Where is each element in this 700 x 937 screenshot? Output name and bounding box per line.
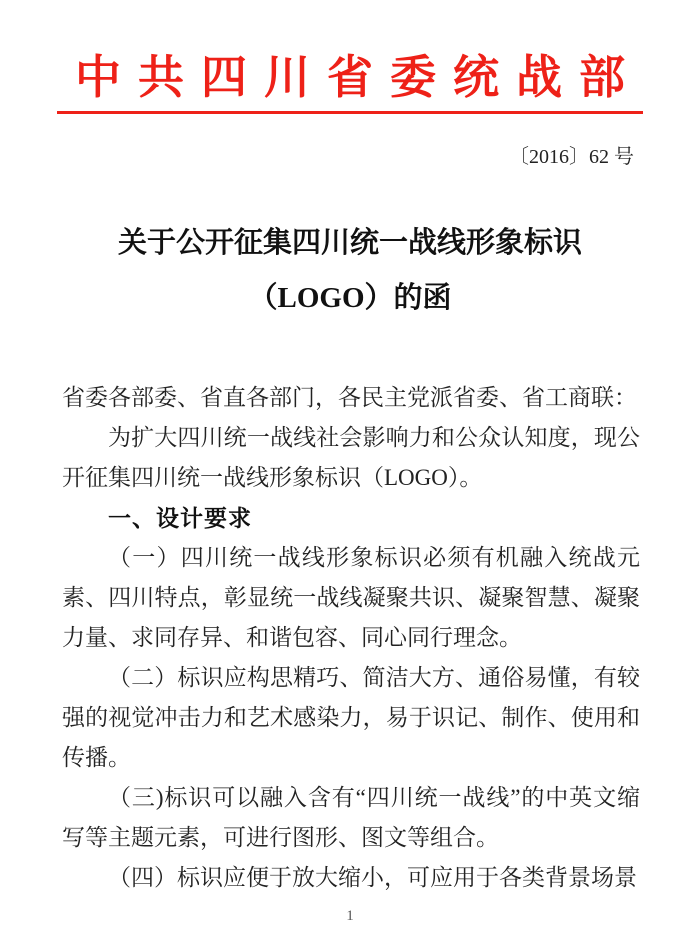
document-number: 〔2016〕62 号: [0, 144, 700, 170]
requirement-item-1: （一）四川统一战线形象标识必须有机融入统战元素、四川特点，彰显统一战线凝聚共识、…: [62, 538, 640, 658]
letterhead-divider: [57, 111, 643, 114]
requirement-item-4: （四）标识应便于放大缩小，可应用于各类背景场景: [62, 858, 640, 898]
agency-name: 中共四川省委统战部: [0, 50, 700, 106]
requirement-item-3: （三)标识可以融入含有“四川统一战线”的中英文缩写等主题元素，可进行图形、图文等…: [62, 778, 640, 858]
document-title: 关于公开征集四川统一战线形象标识 （LOGO）的函: [0, 216, 700, 326]
page-number: 1: [0, 908, 700, 925]
salutation: 省委各部委、省直各部门，各民主党派省委、省工商联：: [62, 378, 640, 418]
letterhead: 中共四川省委统战部: [0, 0, 700, 114]
official-document-page: 中共四川省委统战部 〔2016〕62 号 关于公开征集四川统一战线形象标识 （L…: [0, 0, 700, 937]
document-body: 省委各部委、省直各部门，各民主党派省委、省工商联： 为扩大四川统一战线社会影响力…: [62, 378, 640, 898]
document-title-line2: （LOGO）的函: [0, 271, 700, 326]
intro-paragraph: 为扩大四川统一战线社会影响力和公众认知度，现公开征集四川统一战线形象标识（LOG…: [62, 418, 640, 498]
section-heading-design-requirements: 一、设计要求: [62, 498, 640, 538]
document-title-line1: 关于公开征集四川统一战线形象标识: [0, 216, 700, 271]
requirement-item-2: （二）标识应构思精巧、简洁大方、通俗易懂，有较强的视觉冲击力和艺术感染力，易于识…: [62, 658, 640, 778]
